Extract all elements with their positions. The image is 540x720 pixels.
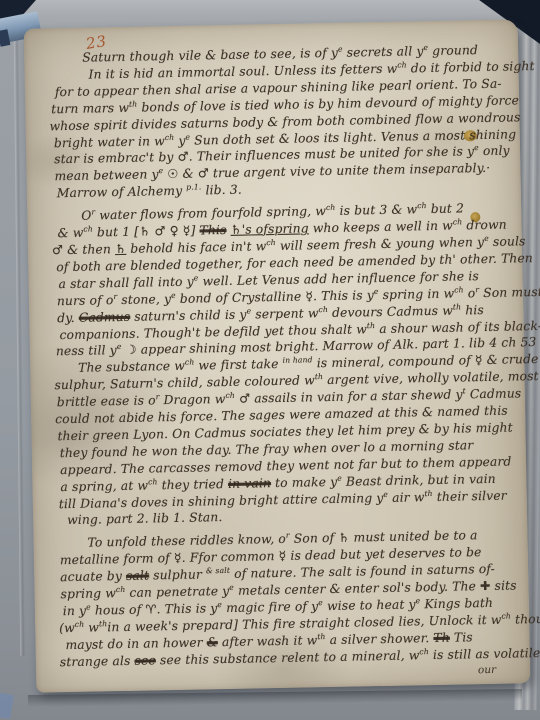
binding-corner-bottom-left (0, 693, 14, 719)
mount-crease (14, 36, 25, 656)
manuscript-page: 23 Saturn though vile & base to see, is … (24, 19, 531, 692)
manuscript-photo: 23 Saturn though vile & base to see, is … (0, 0, 540, 720)
manuscript-lines: Saturn though vile & base to see, is of … (24, 19, 530, 684)
page-bottom-shadow (28, 689, 522, 707)
